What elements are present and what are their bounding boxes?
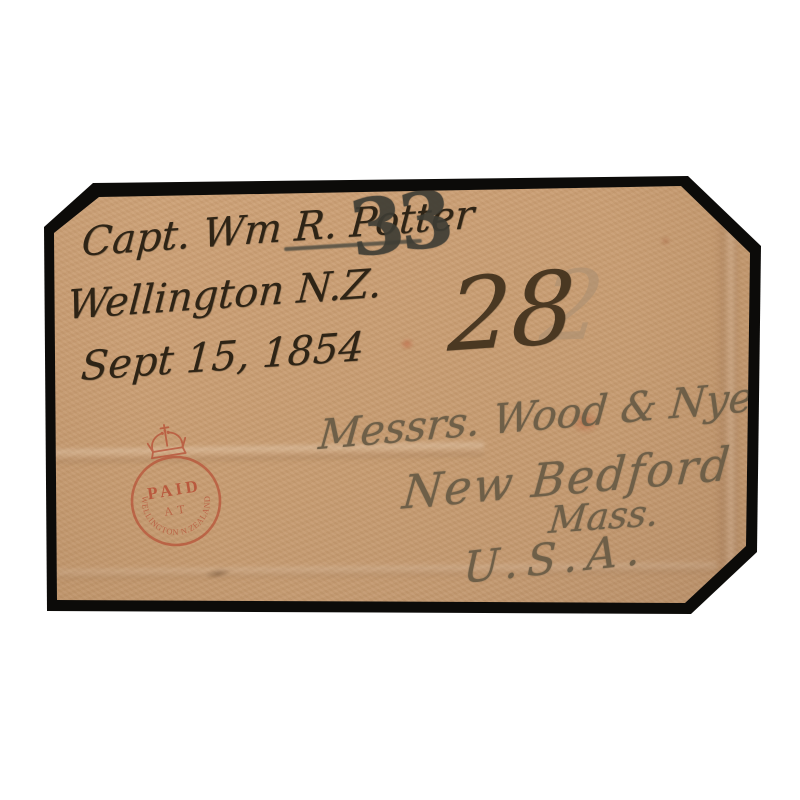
envelope: Capt. Wm R. Potter Wellington N.Z. Sept … bbox=[0, 0, 800, 800]
postmark-paid-text: PAID bbox=[146, 476, 203, 503]
crown-icon bbox=[145, 422, 187, 459]
manuscript-rate-28: 28 bbox=[446, 257, 576, 366]
photo-canvas: Capt. Wm R. Potter Wellington N.Z. Sept … bbox=[0, 0, 800, 800]
paid-postmark: PAID AT WELLINGTON N.ZEALAND bbox=[101, 413, 253, 573]
rate-handstamp-33: 33 bbox=[346, 180, 453, 269]
postmark-at-text: AT bbox=[163, 501, 192, 519]
